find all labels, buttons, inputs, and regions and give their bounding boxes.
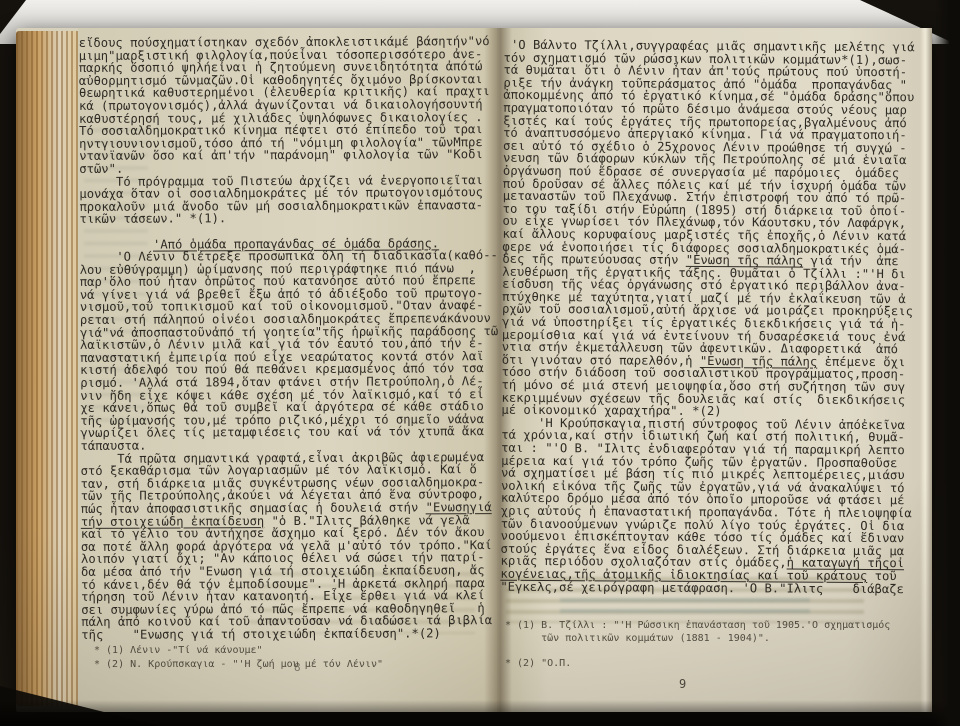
fore-edge (920, 28, 932, 712)
text-line: τῆς "Ενωσης γιά τή στοιχειώδη ἐκπαίδευση… (81, 627, 499, 641)
right-page-number: 9 (679, 677, 686, 691)
text-line: ντανϊανῶν ὅσο καί ἀπ'τήν "παράνομη" φιλο… (79, 148, 497, 162)
photo-bottom-shadow (0, 700, 960, 726)
right-page-body-text: 'Ο Βάλντο Τζίλλι,συγγραφέας μιᾶς σημαντι… (500, 39, 914, 596)
text-line: * (2) Ν. Κρούπσκαγια - "'Η ζωή μου μέ τό… (94, 658, 383, 672)
text-line: τῶν πολιτικῶν κομμάτων (1881 - 1904)". (505, 633, 890, 646)
text-line (505, 645, 890, 658)
left-page-footnotes: * (1) Λένιν -"Τί νά κάνουμε"* (2) Ν. Κρο… (94, 644, 383, 671)
photo-right-shadow (934, 0, 960, 726)
text-line: "Εγκελς,σέ χειρόγραφη μετάφραση. 'Ο Β."Ι… (500, 580, 911, 595)
text-line: * (2) "Ο.Π. (505, 658, 890, 671)
book-photo: εἴδους πούσχηματίστηκαν σχεδόν ἀποκλειστ… (0, 0, 960, 726)
left-page-body-text: εἴδους πούσχηματίστηκαν σχεδόν ἀποκλειστ… (79, 35, 500, 641)
text-line: * (1) Β. Τζίλλι : "'Η Ρώσσικη ἐπανάσταση… (505, 620, 890, 633)
text-line: * (1) Λένιν -"Τί νά κάνουμε" (94, 644, 383, 658)
left-page-number: 8 (294, 661, 301, 674)
page-edge-stack (16, 31, 78, 706)
right-page-footnotes: * (1) Β. Τζίλλι : "'Η Ρώσσικη ἐπανάσταση… (505, 620, 890, 670)
